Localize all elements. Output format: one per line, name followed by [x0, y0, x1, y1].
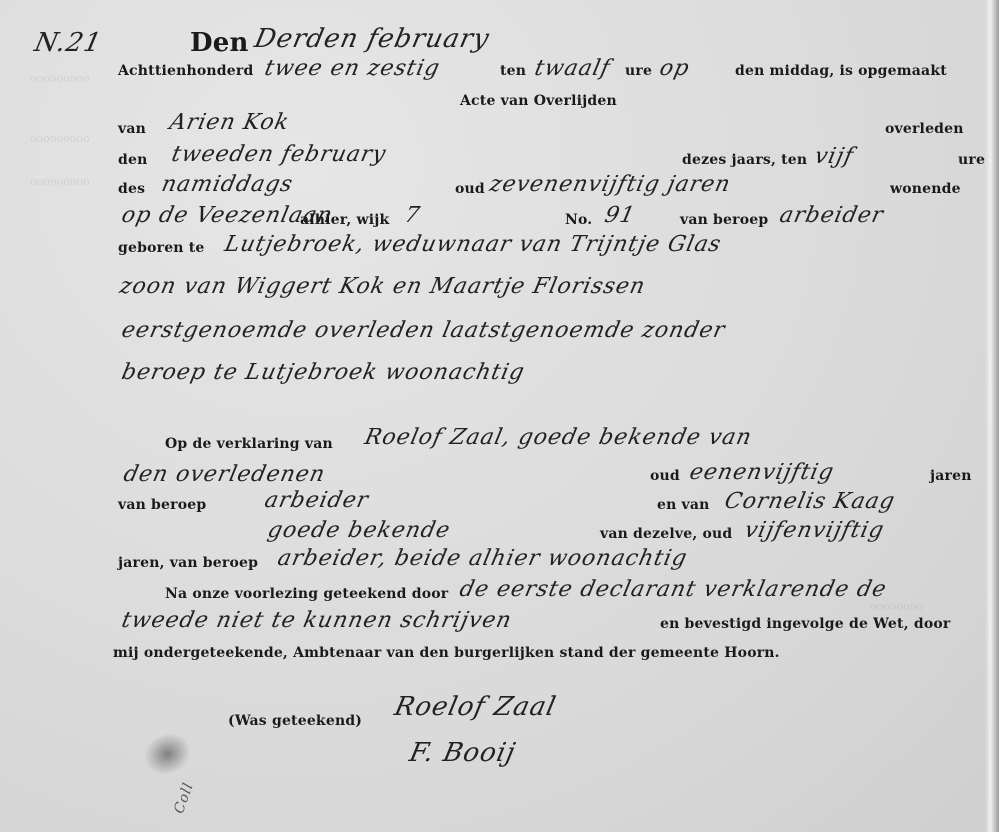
second-declarant-relation: goede bekende [265, 518, 452, 543]
pencil-annotation: Coll [171, 780, 197, 816]
wijk-number: 7 [402, 203, 422, 228]
ten-label: ten [500, 63, 526, 79]
signature-roelof-zaal: Roelof Zaal [392, 692, 559, 722]
second-declarant: Cornelis Kaag [722, 489, 897, 514]
des-label: des [118, 181, 145, 197]
van-beroep-label: van beroep [118, 497, 206, 513]
birth-and-spouse: Lutjebroek, weduwnaar van Trijntje Glas [222, 232, 723, 257]
first-declarant-occupation: arbeider [262, 488, 371, 513]
deceased-age: zevenenvijftig jaren [487, 172, 733, 197]
den-label-2: den [118, 152, 147, 168]
jaren-label: jaren [930, 468, 972, 484]
en-van-label: en van [657, 497, 710, 513]
year-prefix-label: Achttienhonderd [118, 63, 253, 79]
first-declarant: Roelof Zaal, goede bekende van [362, 425, 754, 450]
signed-by-note: de eerste declarant verklarende de [457, 577, 889, 602]
deceased-name: Arien Kok [167, 110, 291, 135]
alhier-label: alhier, wijk [300, 212, 389, 228]
voorlezing-label: Na onze voorlezing geteekend door [165, 586, 448, 602]
ink-stamp-mark [139, 727, 196, 780]
first-declarant-age: eenenvijftig [687, 460, 836, 485]
hour-handwritten: twaalf [532, 56, 612, 81]
second-declarant-age: vijfenvijftig [742, 518, 886, 543]
parents: zoon van Wiggert Kok en Maartje Florisse… [117, 274, 647, 299]
dezes-label: dezes jaars, ten [682, 152, 807, 168]
no-label: No. [565, 212, 592, 228]
time-of-day: namiddags [159, 172, 295, 197]
overleden-label: overleden [885, 121, 964, 137]
dezelve-label: van dezelve, oud [600, 526, 732, 542]
occupation: arbeider [777, 203, 886, 228]
bleed-through-text: ooooooooo [30, 175, 90, 188]
den-label: Den [190, 28, 249, 58]
bleed-through-text: ooooooooo [30, 72, 90, 85]
ure-label-2: ure [958, 152, 985, 168]
death-date: tweeden february [169, 142, 388, 167]
oud-label-2: oud [650, 468, 680, 484]
acte-title: Acte van Overlijden [460, 93, 617, 109]
op-handwritten: op [657, 56, 692, 81]
van-label: van [118, 121, 146, 137]
record-number: N.21 [32, 28, 105, 58]
parents-status: eerstgenoemde overleden laatstgenoemde z… [119, 318, 727, 343]
bevestigd-label: en bevestigd ingevolge de Wet, door [660, 616, 951, 632]
page-edge-shadow [985, 0, 999, 832]
wonende-label: wonende [890, 181, 961, 197]
death-hour: vijf [812, 144, 856, 169]
geboren-label: geboren te [118, 240, 205, 256]
signed-by-note-2: tweede niet te kunnen schrijven [119, 608, 514, 633]
verklaring-label: Op de verklaring van [165, 436, 333, 452]
signature-f-booij: F. Booij [407, 738, 519, 768]
bleed-through-text: ooooooooo [30, 132, 90, 145]
was-geteekend-label: (Was geteekend) [228, 713, 362, 729]
house-number: 91 [602, 203, 637, 228]
year-handwritten: twee en zestig [262, 56, 442, 81]
oud-label: oud [455, 181, 485, 197]
jaren-beroep-label: jaren, van beroep [118, 555, 258, 571]
ure-label: ure [625, 63, 652, 79]
middag-label: den middag, is opgemaakt [735, 63, 947, 79]
scanned-document-page: ooooooooo ooooooooo ooooooooo oooooooo N… [0, 0, 999, 832]
den-overledenen: den overledenen [121, 462, 327, 487]
ambtenaar-label: mij ondergeteekende, Ambtenaar van den b… [113, 645, 780, 661]
beroep-label: van beroep [680, 212, 768, 228]
second-declarant-occupation: arbeider, beide alhier woonachtig [275, 546, 689, 571]
parents-residence: beroep te Lutjebroek woonachtig [119, 360, 527, 385]
day-handwritten: Derden february [252, 24, 493, 54]
